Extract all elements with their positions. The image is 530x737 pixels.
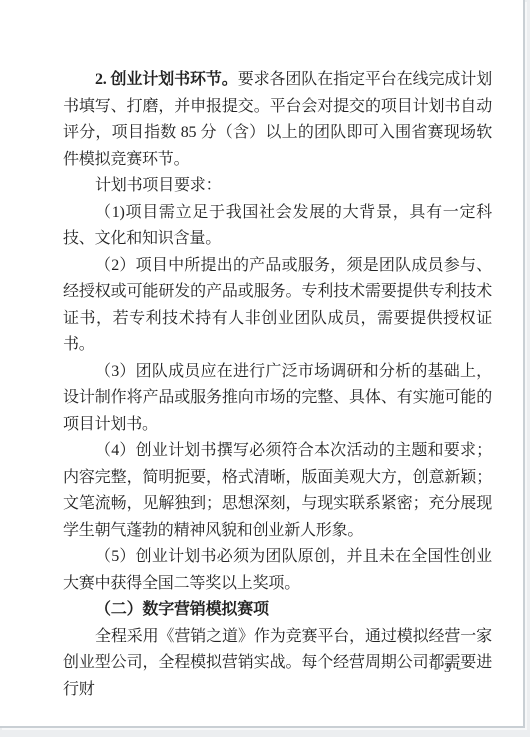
- paragraph-business-plan-stage: 2. 创业计划书环节。要求各团队在指定平台在线完成计划书填写、打磨，并申报提交。…: [63, 67, 492, 173]
- paragraph-requirement-5: （5）创业计划书必须为团队原创，并且未在全国性创业大赛中获得全国二等奖以上奖项。: [63, 544, 492, 597]
- paragraph-requirement-4: （4）创业计划书撰写必须符合本次活动的主题和要求；内容完整，简明扼要，格式清晰，…: [63, 438, 492, 544]
- paragraph-plan-requirements-label: 计划书项目要求：: [63, 173, 492, 200]
- document-page: 2. 创业计划书环节。要求各团队在指定平台在线完成计划书填写、打磨，并申报提交。…: [0, 0, 525, 728]
- page-number: - 3 -: [418, 661, 478, 677]
- paragraph-lead-bold: 2. 创业计划书环节。: [95, 71, 238, 88]
- paragraph-requirement-1: （1)项目需立足于我国社会发展的大背景，具有一定科技、文化和知识含量。: [63, 200, 492, 253]
- paragraph-requirement-2: （2）项目中所提出的产品或服务，须是团队成员参与、经授权或可能研发的产品或服务。…: [63, 253, 492, 359]
- heading-digital-marketing-event: （二）数字营销模拟赛项: [63, 597, 492, 624]
- document-body: 2. 创业计划书环节。要求各团队在指定平台在线完成计划书填写、打磨，并申报提交。…: [63, 67, 492, 703]
- paragraph-requirement-3: （3）团队成员应在进行广泛市场调研和分析的基础上，设计制作将产品或服务推向市场的…: [63, 359, 492, 439]
